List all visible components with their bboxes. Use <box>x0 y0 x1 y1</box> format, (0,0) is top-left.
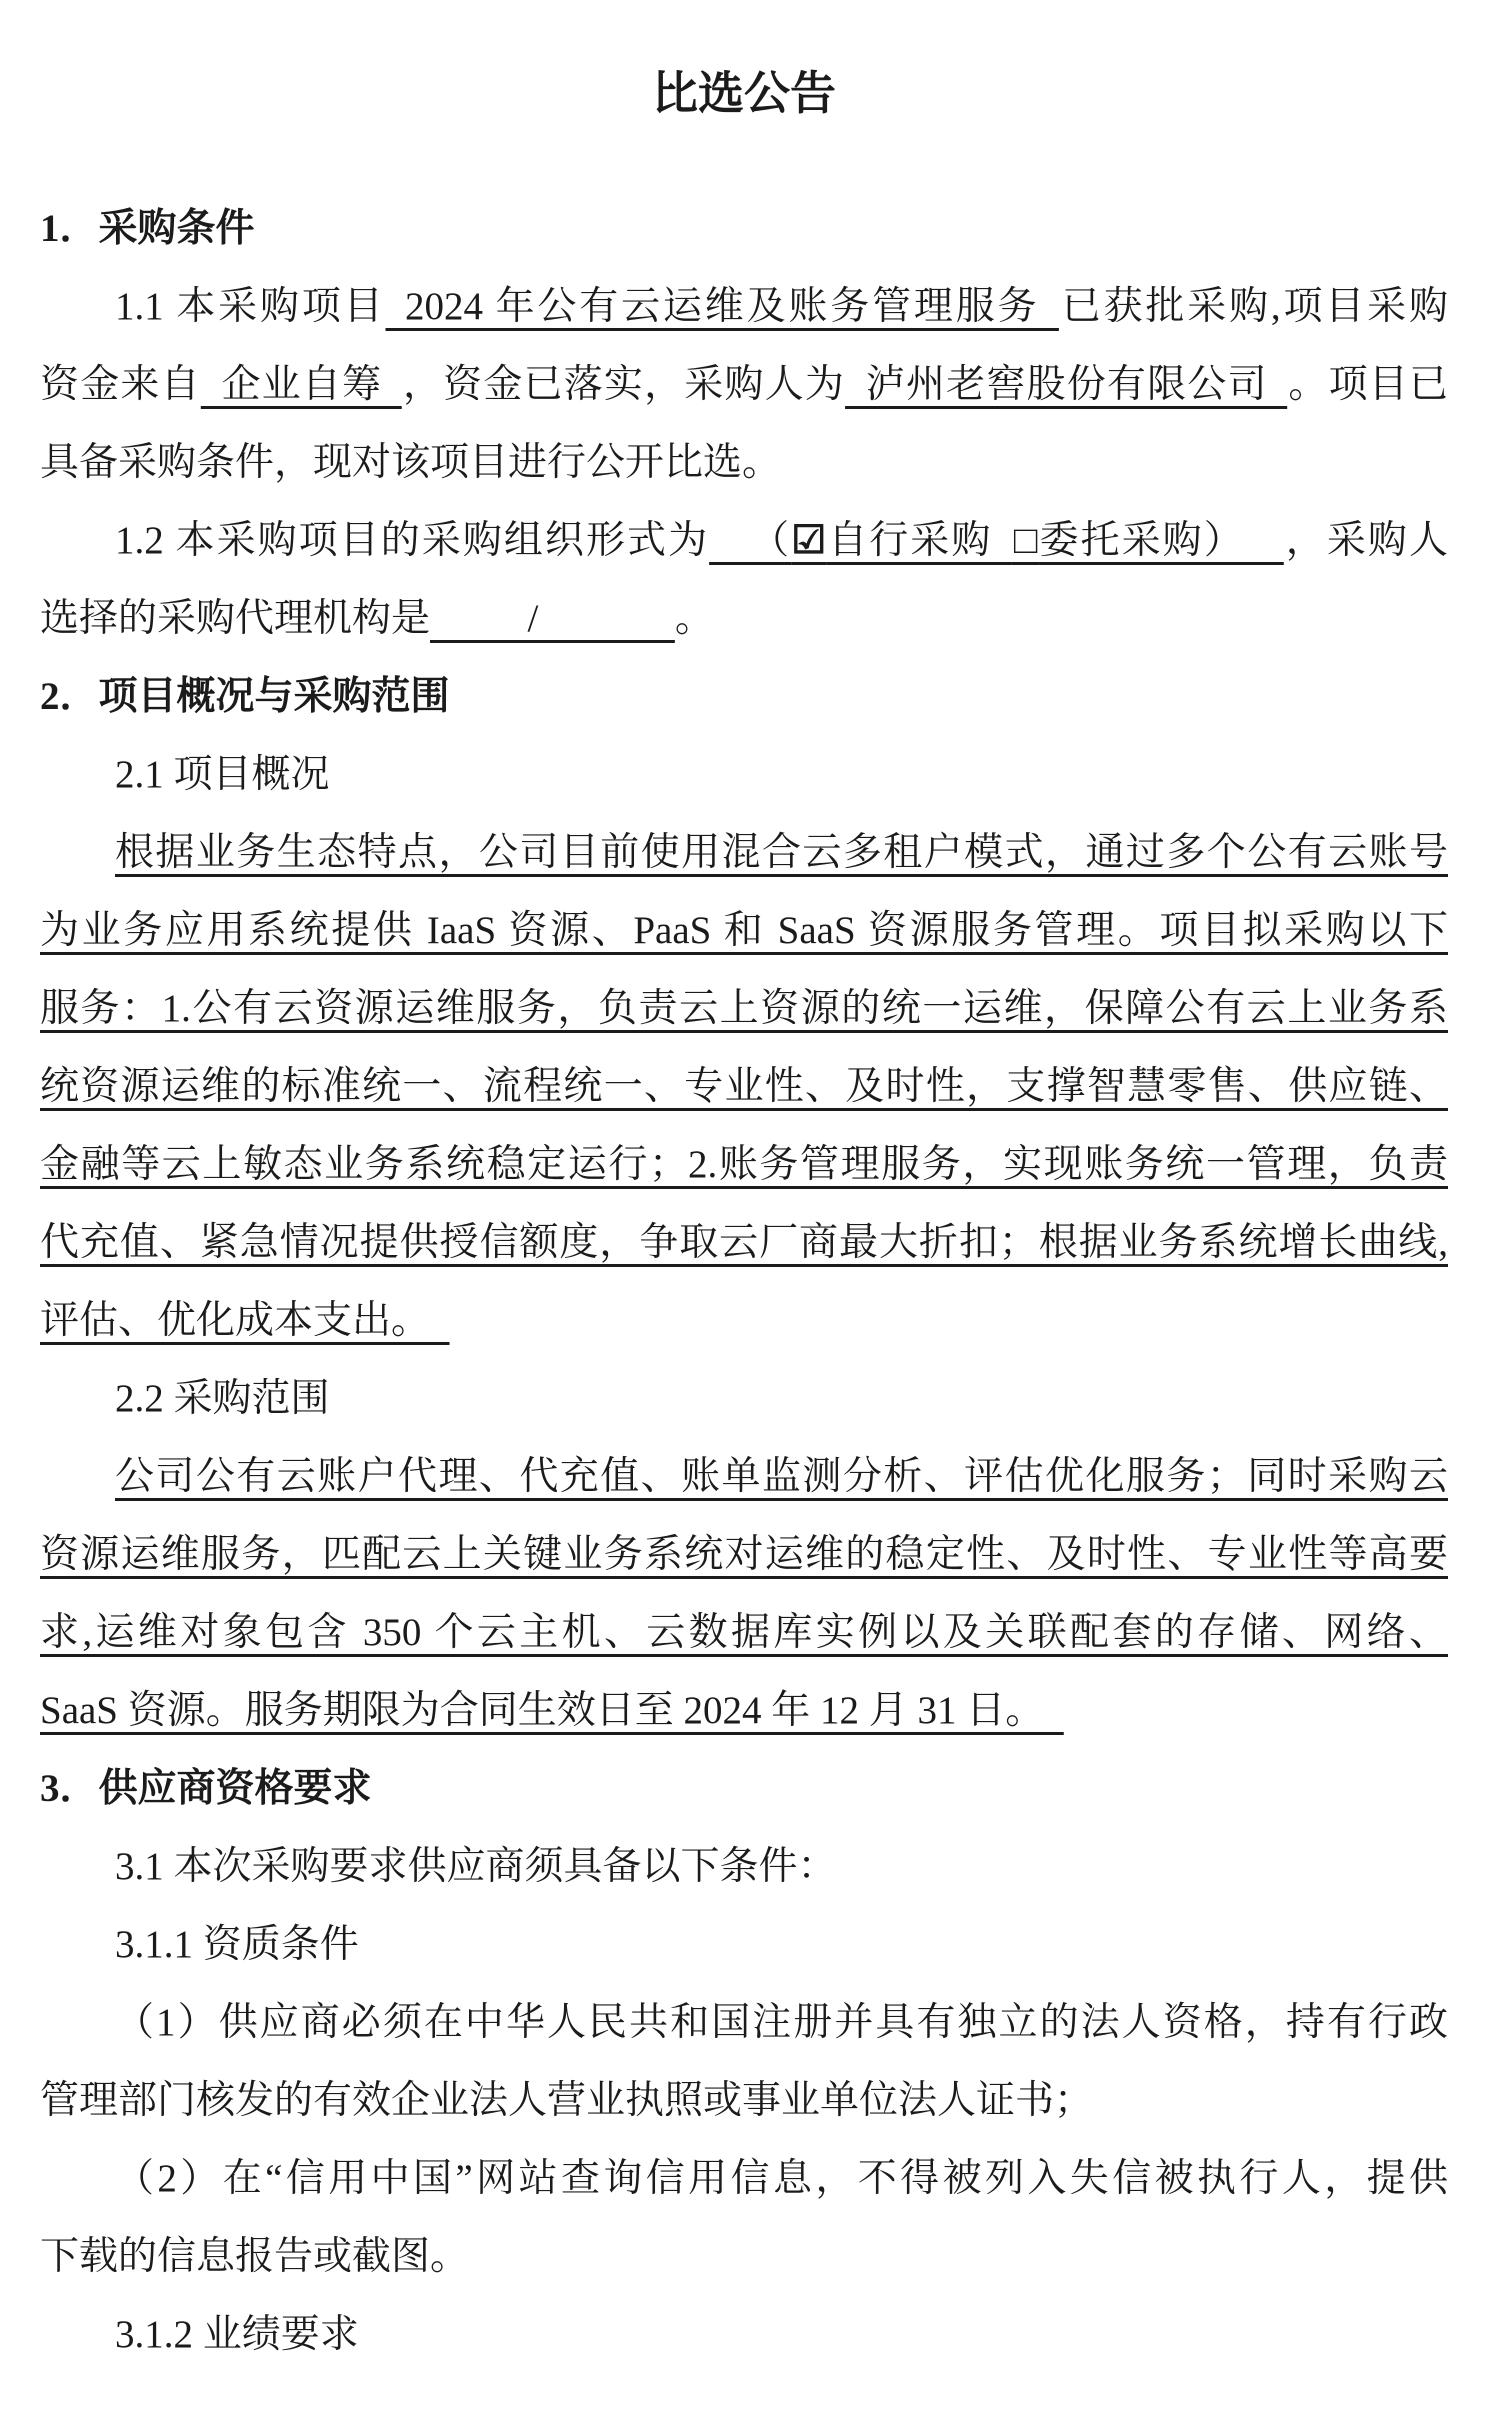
text-segment: 评估、优化成本支出。 <box>40 1299 450 1342</box>
doc-title: 比选公告 <box>40 52 1448 136</box>
para-2-1-line-1: 根据业务生态特点，公司目前使用混合云多租户模式，通过多个公有云账号 <box>40 814 1448 892</box>
text-segment: 3.1 本次采购要求供应商须具备以下条件： <box>115 1845 837 1888</box>
text-segment: 资金来自 <box>40 363 201 406</box>
heading-3-1-1: 3.1.1 资质条件 <box>40 1906 1448 1984</box>
para-1-1-line-1: 1.1 本采购项目 2024 年公有云运维及账务管理服务 已获批采购,项目采购 <box>40 268 1448 346</box>
text-segment: 统资源运维的标准统一、流程统一、专业性、及时性，支撑智慧零售、供应链、 <box>40 1065 1448 1108</box>
blank-fund-source: 企业自筹 <box>201 363 402 406</box>
text-segment: 为业务应用系统提供 IaaS 资源、PaaS 和 SaaS 资源服务管理。项目拟… <box>40 909 1448 952</box>
para-1-2-line-2: 选择的采购代理机构是 / 。 <box>40 580 1448 658</box>
para-1-1-line-2: 资金来自 企业自筹 ，资金已落实，采购人为 泸州老窖股份有限公司 。项目已 <box>40 346 1448 424</box>
para-2-1-line-6: 代充值、紧急情况提供授信额度，争取云厂商最大折扣；根据业务系统增长曲线, <box>40 1204 1448 1282</box>
text-segment: 1.2 本采购项目的采购组织形式为 <box>115 519 709 562</box>
text-segment: ，采购人 <box>1284 519 1448 562</box>
text-segment: 。项目已 <box>1287 363 1448 406</box>
text-segment: 具备采购条件，现对该项目进行公开比选。 <box>40 441 781 484</box>
text-segment: 2．项目概况与采购范围 <box>40 675 450 718</box>
text-segment: （2）在“信用中国”网站查询信用信息，不得被列入失信被执行人，提供 <box>115 2157 1448 2200</box>
heading-section-1: 1．采购条件 <box>40 190 1448 268</box>
text-segment: 2.2 采购范围 <box>115 1377 330 1420</box>
text-segment: 自行采购 <box>826 519 1012 562</box>
text-segment: 1.1 本采购项目 <box>115 285 386 328</box>
blank-purchaser-name: 泸州老窖股份有限公司 <box>845 363 1287 406</box>
checkbox-checked-icon: ☑ <box>791 519 826 562</box>
para-3-1-1-item-1-line-2: 管理部门核发的有效企业法人营业执照或事业单位法人证书； <box>40 2062 1448 2140</box>
text-segment: 2.1 项目概况 <box>115 753 330 796</box>
text-segment: 选择的采购代理机构是 <box>40 597 430 640</box>
text-segment: 1．采购条件 <box>40 207 255 250</box>
text-segment: （ <box>709 519 791 562</box>
text-segment: SaaS 资源。服务期限为合同生效日至 2024 年 12 月 31 日。 <box>40 1689 1064 1732</box>
checkbox-unchecked-icon: □ <box>1012 519 1040 562</box>
heading-2-1: 2.1 项目概况 <box>40 736 1448 814</box>
text-segment: 服务：1.公有云资源运维服务，负责云上资源的统一运维，保障公有云上业务系 <box>40 987 1448 1030</box>
text-segment: 3.1.2 业绩要求 <box>115 2313 359 2356</box>
text-segment: 求,运维对象包含 350 个云主机、云数据库实例以及关联配套的存储、网络、Paa… <box>40 1611 1448 1672</box>
text-segment: 资源运维服务，匹配云上关键业务系统对运维的稳定性、及时性、专业性等高要 <box>40 1533 1448 1576</box>
heading-3-1: 3.1 本次采购要求供应商须具备以下条件： <box>40 1828 1448 1906</box>
para-2-1-line-2: 为业务应用系统提供 IaaS 资源、PaaS 和 SaaS 资源服务管理。项目拟… <box>40 892 1448 970</box>
text-segment: 3.1.1 资质条件 <box>115 1923 359 1966</box>
para-2-2-line-2: 资源运维服务，匹配云上关键业务系统对运维的稳定性、及时性、专业性等高要 <box>40 1516 1448 1594</box>
para-1-1-line-3: 具备采购条件，现对该项目进行公开比选。 <box>40 424 1448 502</box>
para-2-2-line-4: SaaS 资源。服务期限为合同生效日至 2024 年 12 月 31 日。 <box>40 1672 1448 1750</box>
para-2-1-line-4: 统资源运维的标准统一、流程统一、专业性、及时性，支撑智慧零售、供应链、 <box>40 1048 1448 1126</box>
para-3-1-1-item-2-line-1: （2）在“信用中国”网站查询信用信息，不得被列入失信被执行人，提供 <box>40 2140 1448 2218</box>
para-2-1-line-3: 服务：1.公有云资源运维服务，负责云上资源的统一运维，保障公有云上业务系 <box>40 970 1448 1048</box>
para-3-1-1-item-1-line-1: （1）供应商必须在中华人民共和国注册并具有独立的法人资格，持有行政 <box>40 1984 1448 2062</box>
para-3-1-1-item-2-line-2: 下载的信息报告或截图。 <box>40 2218 1448 2296</box>
heading-section-3: 3．供应商资格要求 <box>40 1750 1448 1828</box>
text-segment: 下载的信息报告或截图。 <box>40 2235 469 2278</box>
heading-3-1-2: 3.1.2 业绩要求 <box>40 2296 1448 2374</box>
text-segment: 根据业务生态特点，公司目前使用混合云多租户模式，通过多个公有云账号 <box>115 831 1448 874</box>
text-segment: （1）供应商必须在中华人民共和国注册并具有独立的法人资格，持有行政 <box>115 2001 1448 2044</box>
text-segment: 管理部门核发的有效企业法人营业执照或事业单位法人证书； <box>40 2079 1093 2122</box>
heading-2-2: 2.2 采购范围 <box>40 1360 1448 1438</box>
blank-agency-slash: / <box>430 597 675 640</box>
blank-project-name: 2024 年公有云运维及账务管理服务 <box>386 285 1059 328</box>
para-2-2-line-3: 求,运维对象包含 350 个云主机、云数据库实例以及关联配套的存储、网络、Paa… <box>40 1594 1448 1672</box>
para-2-1-line-7: 评估、优化成本支出。 <box>40 1282 1448 1360</box>
text-segment: 3．供应商资格要求 <box>40 1767 372 1810</box>
para-2-1-line-5: 金融等云上敏态业务系统稳定运行；2.账务管理服务，实现账务统一管理，负责 <box>40 1126 1448 1204</box>
text-segment: ，资金已落实，采购人为 <box>402 363 845 406</box>
text-segment: 比选公告 <box>652 68 836 119</box>
text-segment: 。 <box>675 597 714 640</box>
text-segment: 代充值、紧急情况提供授信额度，争取云厂商最大折扣；根据业务系统增长曲线, <box>40 1221 1448 1264</box>
text-segment: 金融等云上敏态业务系统稳定运行；2.账务管理服务，实现账务统一管理，负责 <box>40 1143 1448 1186</box>
heading-section-2: 2．项目概况与采购范围 <box>40 658 1448 736</box>
text-segment: 已获批采购,项目采购 <box>1059 285 1448 328</box>
text-segment: 委托采购） <box>1040 519 1284 562</box>
document-page: 比选公告1．采购条件1.1 本采购项目 2024 年公有云运维及账务管理服务 已… <box>0 0 1500 2429</box>
para-1-2-line-1: 1.2 本采购项目的采购组织形式为 （☑自行采购 □委托采购） ，采购人 <box>40 502 1448 580</box>
text-segment: 公司公有云账户代理、代充值、账单监测分析、评估优化服务；同时采购云 <box>115 1455 1448 1498</box>
para-2-2-line-1: 公司公有云账户代理、代充值、账单监测分析、评估优化服务；同时采购云 <box>40 1438 1448 1516</box>
